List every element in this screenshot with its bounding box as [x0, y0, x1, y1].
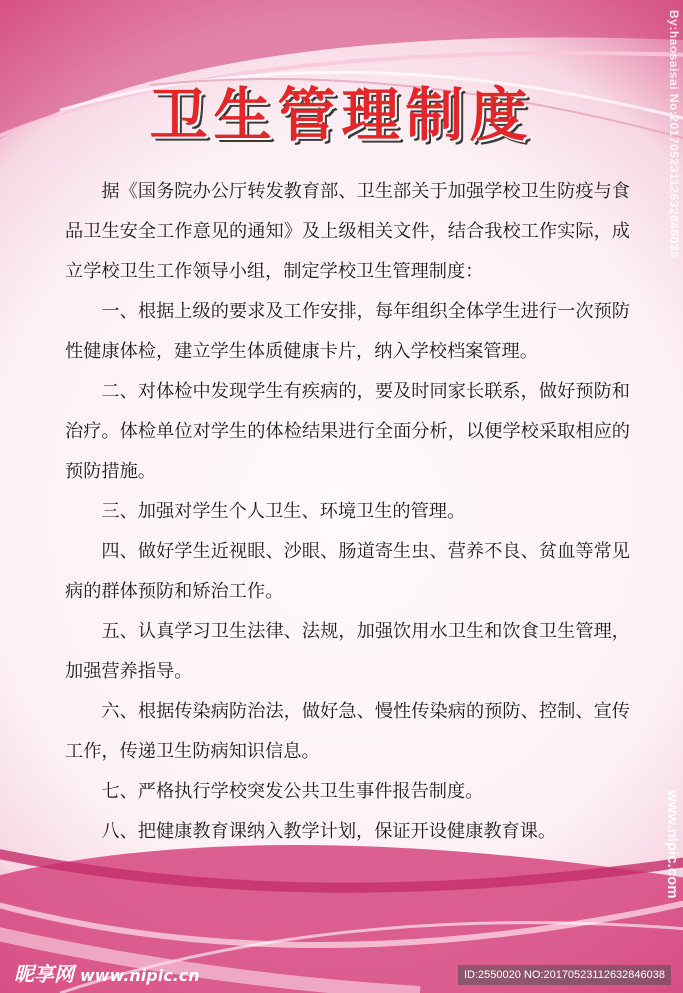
rule-item-4: 四、做好学生近视眼、沙眼、肠道寄生虫、营养不良、贫血等常见病的群体预防和矫治工作… [65, 532, 630, 612]
poster-title: 卫生管理制度 [0, 68, 683, 152]
rule-item-3: 三、加强对学生个人卫生、环境卫生的管理。 [65, 492, 630, 532]
image-id-watermark: ID:2550020 NO:20170523112632846038 [458, 965, 671, 985]
rule-item-7: 七、严格执行学校突发公共卫生事件报告制度。 [65, 772, 630, 812]
site-logo-watermark: 昵享网www.nipic.cn [14, 958, 200, 987]
logo-text: 昵享网 [14, 962, 74, 986]
logo-url: www.nipic.cn [80, 966, 200, 985]
rule-item-6: 六、根据传染病防治法，做好急、慢性传染病的预防、控制、宣传工作，传递卫生防病知识… [65, 692, 630, 772]
rule-item-8: 八、把健康教育课纳入教学计划，保证开设健康教育课。 [65, 812, 630, 852]
side-watermark-author: By:haosaisai No:20170523112632846038 [667, 10, 681, 258]
intro-paragraph: 据《国务院办公厅转发教育部、卫生部关于加强学校卫生防疫与食品卫生安全工作意见的通… [65, 172, 630, 292]
rule-item-5: 五、认真学习卫生法律、法规，加强饮用水卫生和饮食卫生管理，加强营养指导。 [65, 612, 630, 692]
rule-item-2: 二、对体检中发现学生有疾病的，要及时同家长联系，做好预防和治疗。体检单位对学生的… [65, 372, 630, 492]
side-watermark-url: www.nipic.com [664, 790, 681, 899]
rule-item-1: 一、根据上级的要求及工作安排，每年组织全体学生进行一次预防性健康体检，建立学生体… [65, 292, 630, 372]
poster: 卫生管理制度 据《国务院办公厅转发教育部、卫生部关于加强学校卫生防疫与食品卫生安… [0, 0, 683, 993]
regulation-body: 据《国务院办公厅转发教育部、卫生部关于加强学校卫生防疫与食品卫生安全工作意见的通… [65, 172, 630, 852]
